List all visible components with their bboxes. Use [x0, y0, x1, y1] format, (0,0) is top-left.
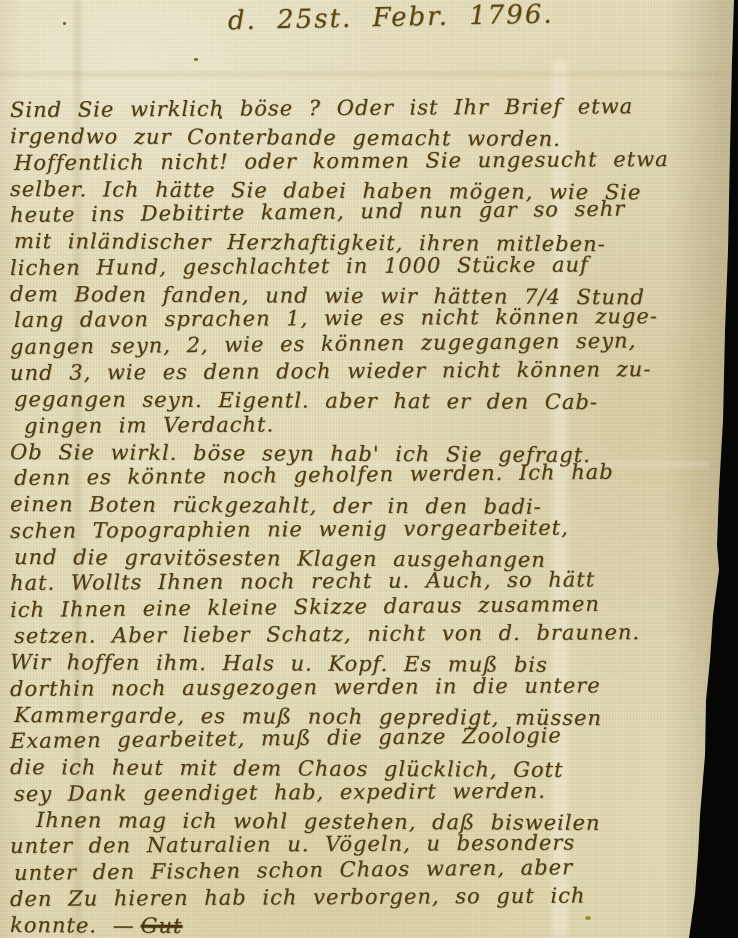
scanned-letter: d. 25st. Febr. 1796. Sind Sie wirklich b… — [0, 0, 738, 938]
date-line: d. 25st. Febr. 1796. — [228, 0, 529, 50]
struck-word: Gut — [141, 914, 183, 938]
handwriting-line: schen Topographien nie wenig vorgearbeit… — [10, 513, 722, 544]
handwriting-line: sey Dank geendiget hab, expedirt werden. — [14, 776, 722, 807]
ink-speck — [63, 22, 66, 25]
handwriting-line: Hoffentlich nicht! oder kommen Sie unges… — [14, 145, 722, 176]
handwriting-line: dorthin noch ausgezogen werden in die un… — [10, 671, 722, 702]
handwriting-line: setzen. Aber lieber Schatz, nicht von d.… — [14, 619, 722, 650]
handwriting-line: lichen Hund, geschlachtet in 1000 Stücke… — [10, 250, 722, 281]
handwriting-line: gingen im Verdacht. — [24, 408, 722, 439]
letter-page: d. 25st. Febr. 1796. Sind Sie wirklich b… — [0, 0, 738, 938]
horizontal-fold-crease — [0, 72, 720, 76]
letter-body: Sind Sie wirklich böse ? Oder ist Ihr Br… — [10, 97, 722, 938]
handwriting-line: den Zu hieren hab ich verborgen, so gut … — [10, 882, 722, 913]
handwriting-line: und 3, wie es denn doch wieder nicht kön… — [10, 356, 722, 387]
handwriting-line: Sind Sie wirklich böse ? Oder ist Ihr Br… — [10, 93, 722, 124]
handwriting-line: konnte. —Gut — [10, 912, 722, 938]
ink-speck — [194, 58, 198, 61]
